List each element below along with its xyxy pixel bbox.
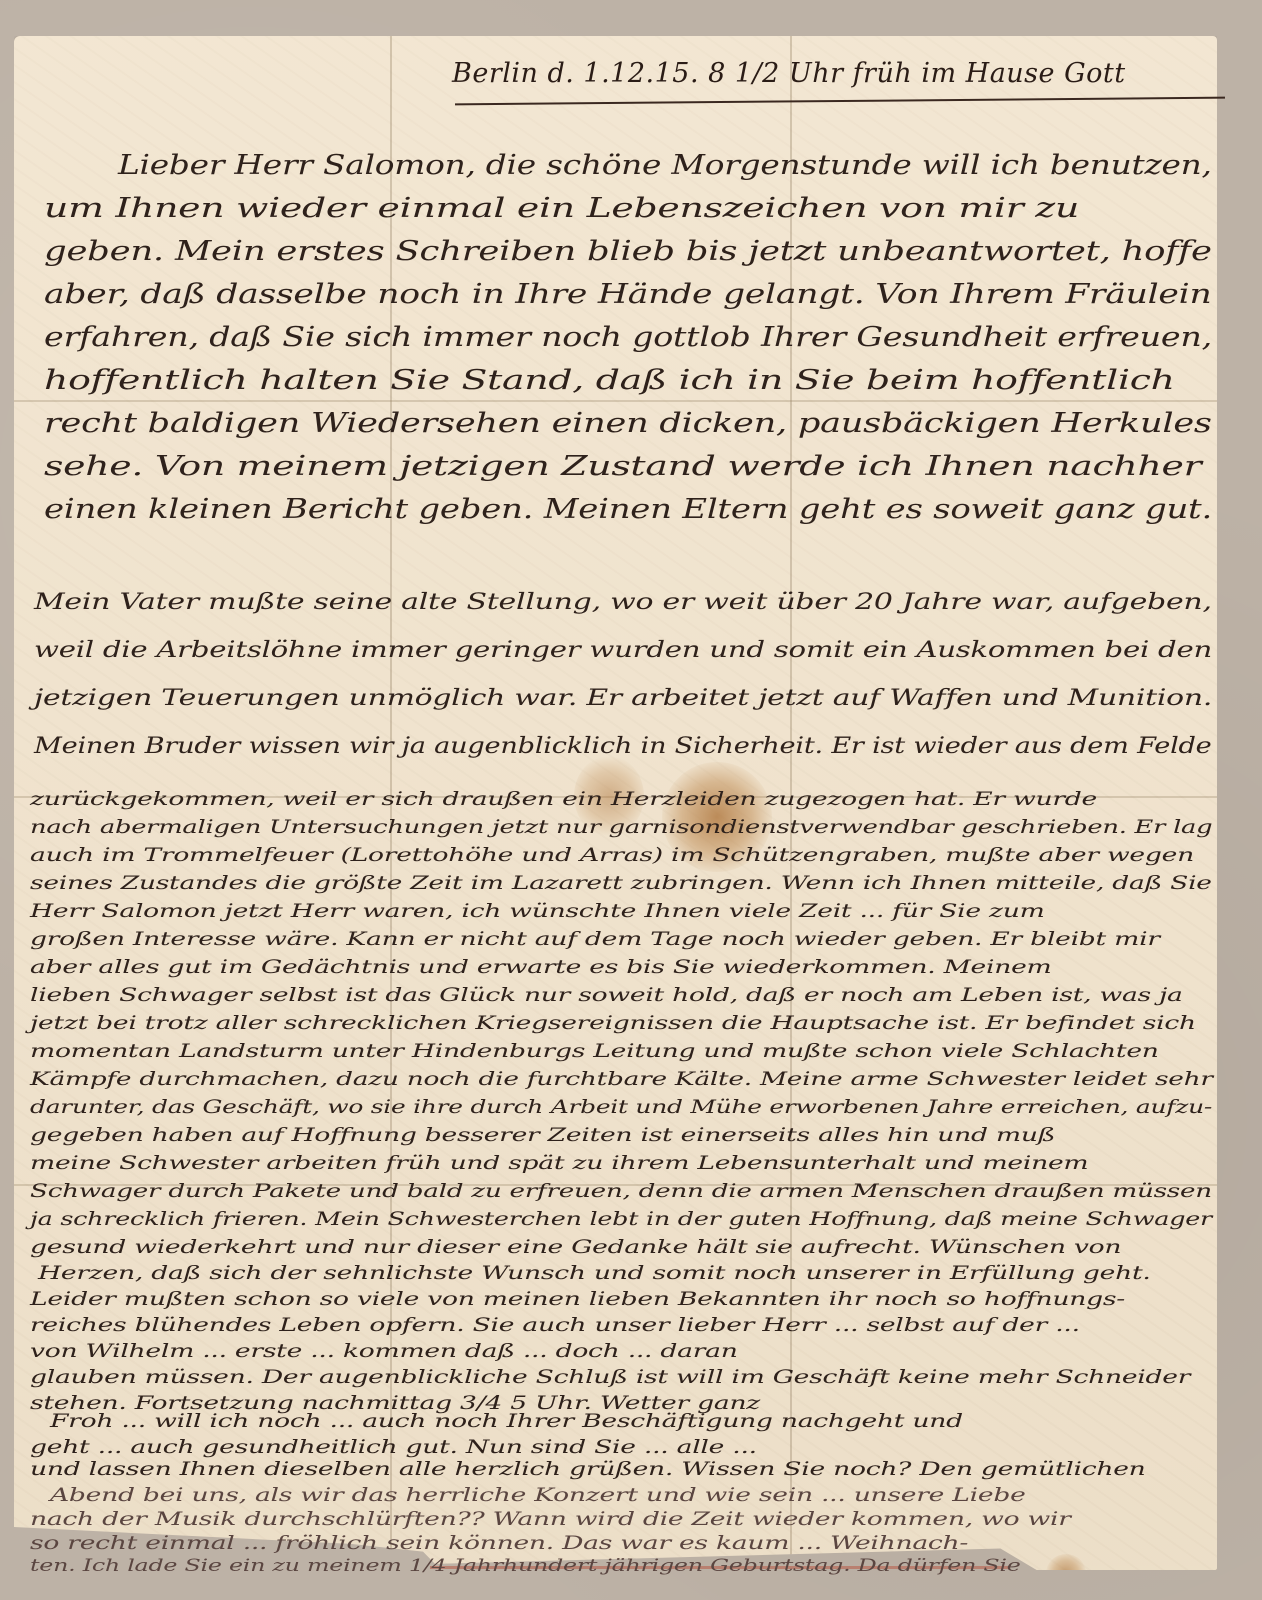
body-line: hoffentlich halten Sie Stand, daß ich in… <box>44 365 1175 396</box>
body-line: Herzen, daß sich der sehnlichste Wunsch … <box>38 1262 1151 1284</box>
body-line: einen kleinen Bericht geben. Meinen Elte… <box>44 494 1212 525</box>
body-line: jetzigen Teuerungen unmöglich war. Er ar… <box>34 686 1212 711</box>
body-line: gegeben haben auf Hoffnung besserer Zeit… <box>30 1124 1055 1146</box>
stain-bottom <box>1046 1554 1086 1592</box>
body-line: und lassen Ihnen dieselben alle herzlich… <box>30 1458 1146 1480</box>
body-line: ja schrecklich frieren. Mein Schwesterch… <box>30 1208 1212 1230</box>
body-line: zurückgekommen, weil er sich draußen ein… <box>30 788 1097 810</box>
body-line: ten. Ich lade Sie ein zu meinem 1/4 Jahr… <box>30 1556 1021 1576</box>
body-line: großen Interesse wäre. Kann er nicht auf… <box>30 928 1160 950</box>
body-line: weil die Arbeitslöhne immer geringer wur… <box>34 638 1212 663</box>
body-line: geben. Mein erstes Schreiben blieb bis j… <box>44 236 1212 267</box>
body-line: reiches blühendes Leben opfern. Sie auch… <box>30 1314 1080 1336</box>
body-line: nach abermaligen Untersuchungen jetzt nu… <box>30 816 1212 838</box>
body-line: aber alles gut im Gedächtnis und erwarte… <box>30 956 1051 978</box>
body-line: aber, daß dasselbe noch in Ihre Hände ge… <box>44 279 1211 310</box>
body-line: seines Zustandes die größte Zeit im Laza… <box>30 872 1212 894</box>
body-line: nach der Musik durchschlürften?? Wann wi… <box>30 1508 1071 1530</box>
body-line: momentan Landsturm unter Hindenburgs Lei… <box>30 1040 1159 1062</box>
body-line: so recht einmal ... fröhlich sein können… <box>30 1532 968 1554</box>
body-line: Leider mußten schon so viele von meinen … <box>30 1288 1125 1310</box>
body-line: um Ihnen wieder einmal ein Lebenszeichen… <box>44 193 1079 224</box>
body-line: Herr Salomon jetzt Herr waren, ich wünsc… <box>30 900 1045 922</box>
body-line: jetzt bei trotz aller schrecklichen Krie… <box>30 1012 1196 1034</box>
body-line: geht ... auch gesundheitlich gut. Nun si… <box>30 1436 757 1458</box>
body-line: Kämpfe durchmachen, dazu noch die furcht… <box>30 1068 1213 1090</box>
body-line: recht baldigen Wiedersehen einen dicken,… <box>44 408 1212 439</box>
body-line: von Wilhelm ... erste ... kommen daß ...… <box>30 1340 738 1362</box>
dateline: Berlin d. 1.12.15. 8 1/2 Uhr früh im Hau… <box>452 58 1222 98</box>
body-line: Abend bei uns, als wir das herrliche Kon… <box>50 1484 1026 1506</box>
body-line: glauben müssen. Der augenblickliche Schl… <box>30 1366 1190 1388</box>
body-line: Lieber Herr Salomon, die schöne Morgenst… <box>118 150 1212 181</box>
body-line: erfahren, daß Sie sich immer noch gottlo… <box>44 322 1212 353</box>
body-line: Schwager durch Pakete und bald zu erfreu… <box>30 1180 1212 1202</box>
body-line: Meinen Bruder wissen wir ja augenblickli… <box>34 734 1212 759</box>
body-line: darunter, das Geschäft, wo sie ihre durc… <box>30 1096 1212 1118</box>
body-line: meine Schwester arbeiten früh und spät z… <box>30 1152 1088 1174</box>
body-line: Froh ... will ich noch ... auch noch Ihr… <box>50 1410 963 1432</box>
body-line: auch im Trommelfeuer (Lorettohöhe und Ar… <box>30 844 1194 866</box>
fold-crease-horizontal-1 <box>14 400 1217 402</box>
body-line: Mein Vater mußte seine alte Stellung, wo… <box>34 590 1212 615</box>
body-line: gesund wiederkehrt und nur dieser eine G… <box>30 1236 1121 1258</box>
body-line: lieben Schwager selbst ist das Glück nur… <box>30 984 1183 1006</box>
body-line: sehe. Von meinem jetzigen Zustand werde … <box>44 451 1201 482</box>
